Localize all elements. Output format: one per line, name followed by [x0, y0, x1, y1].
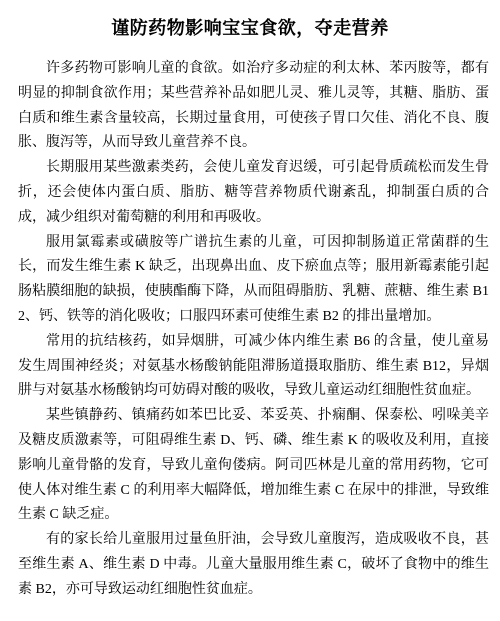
- paragraph-antibiotics: 服用氯霉素或磺胺等广谱抗生素的儿童，可因抑制肠道正常菌群的生长，而发生维生素 K…: [18, 231, 489, 330]
- paragraph-sedatives-aspirin: 某些镇静药、镇痛药如苯巴比妥、苯妥英、扑痫酮、保泰松、吲哚美辛及糖皮质激素等，可…: [18, 404, 489, 528]
- document-body: 许多药物可影响儿童的食欲。如治疗多动症的利太林、苯丙胺等，都有明显的抑制食欲作用…: [18, 57, 489, 603]
- paragraph-tb-drugs: 常用的抗结核药，如异烟肼，可减少体内维生素 B6 的含量，使儿童易发生周围神经炎…: [18, 330, 489, 404]
- paragraph-drug-appetite: 许多药物可影响儿童的食欲。如治疗多动症的利太林、苯丙胺等，都有明显的抑制食欲作用…: [18, 57, 489, 156]
- paragraph-hormone-drugs: 长期服用某些激素类药，会使儿童发育迟缓，可引起骨质疏松而发生骨折，还会使体内蛋白…: [18, 156, 489, 230]
- paragraph-fish-oil-overdose: 有的家长给儿童服用过量鱼肝油，会导致儿童腹泻，造成吸收不良，甚至维生素 A、维生…: [18, 528, 489, 602]
- document-page: 谨防药物影响宝宝食欲，夺走营养 许多药物可影响儿童的食欲。如治疗多动症的利太林、…: [0, 0, 500, 621]
- page-title: 谨防药物影响宝宝食欲，夺走营养: [0, 16, 500, 40]
